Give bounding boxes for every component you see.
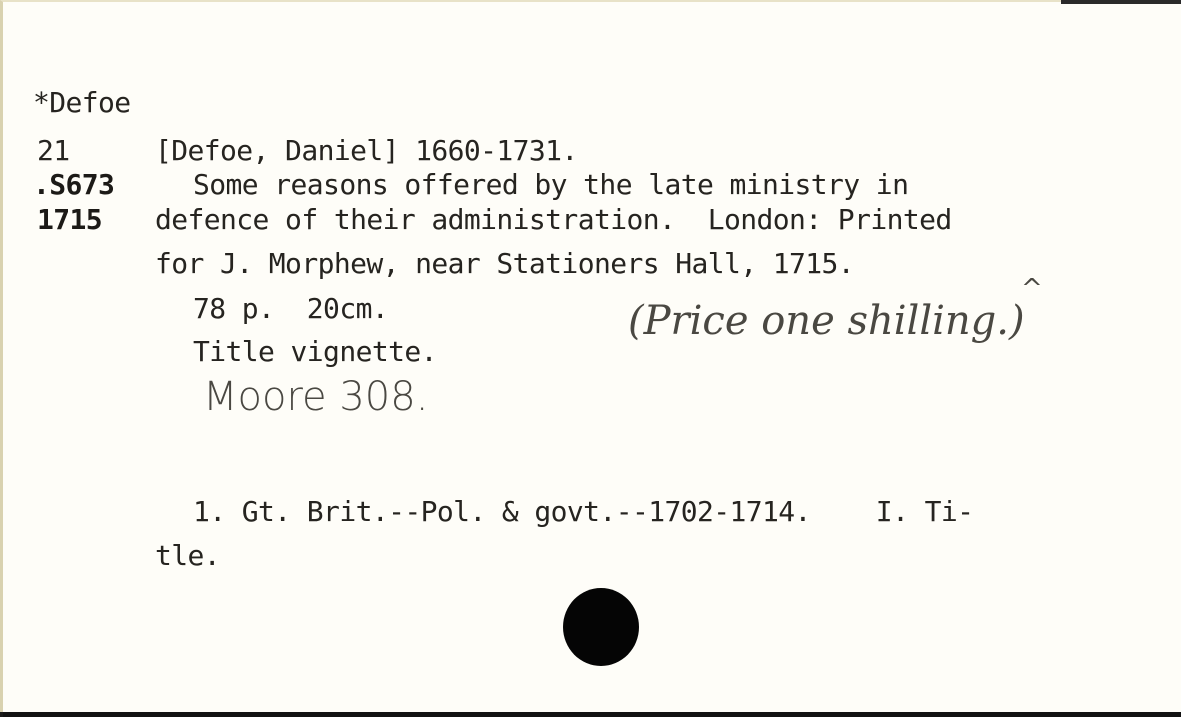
collation: 78 p. 20cm. (193, 292, 388, 326)
call-number-year: 1715 (37, 203, 102, 237)
catalog-card: *Defoe 21 .S673 1715 [Defoe, Daniel] 166… (0, 0, 1181, 712)
author-line: [Defoe, Daniel] 1660-1731. (155, 134, 578, 168)
title-line-2: defence of their administration. London:… (155, 203, 952, 237)
handwritten-price-note: (Price one shilling.) (628, 298, 1025, 344)
handwritten-reference: Moore 308. (203, 374, 428, 420)
call-number-class: 21 (37, 134, 70, 168)
tracings-line-2: tle. (155, 539, 220, 573)
main-entry-heading: *Defoe (33, 86, 131, 120)
title-line-1: Some reasons offered by the late ministr… (193, 168, 908, 202)
note-title-vignette: Title vignette. (193, 335, 437, 369)
card-edge-shadow (1061, 0, 1181, 4)
tracings-line-1: 1. Gt. Brit.--Pol. & govt.--1702-1714. I… (193, 495, 973, 529)
call-number-cutter: .S673 (33, 168, 114, 202)
rod-hole (563, 588, 639, 666)
imprint-line: for J. Morphew, near Stationers Hall, 17… (155, 247, 854, 281)
